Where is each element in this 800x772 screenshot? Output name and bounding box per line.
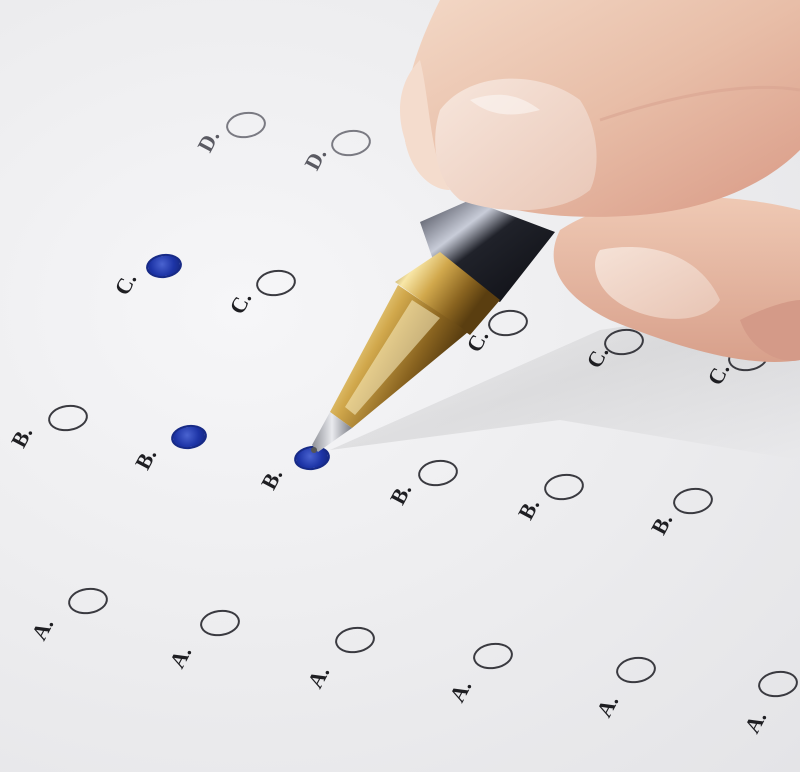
pen — [311, 200, 555, 453]
hand — [400, 0, 800, 217]
photo-scene: A.A.A.A.A.A.B.B.B.B.B.B.C.C.C.C.C.D.D. — [0, 0, 800, 772]
hand-and-pen — [0, 0, 800, 772]
middle-finger — [554, 197, 800, 362]
